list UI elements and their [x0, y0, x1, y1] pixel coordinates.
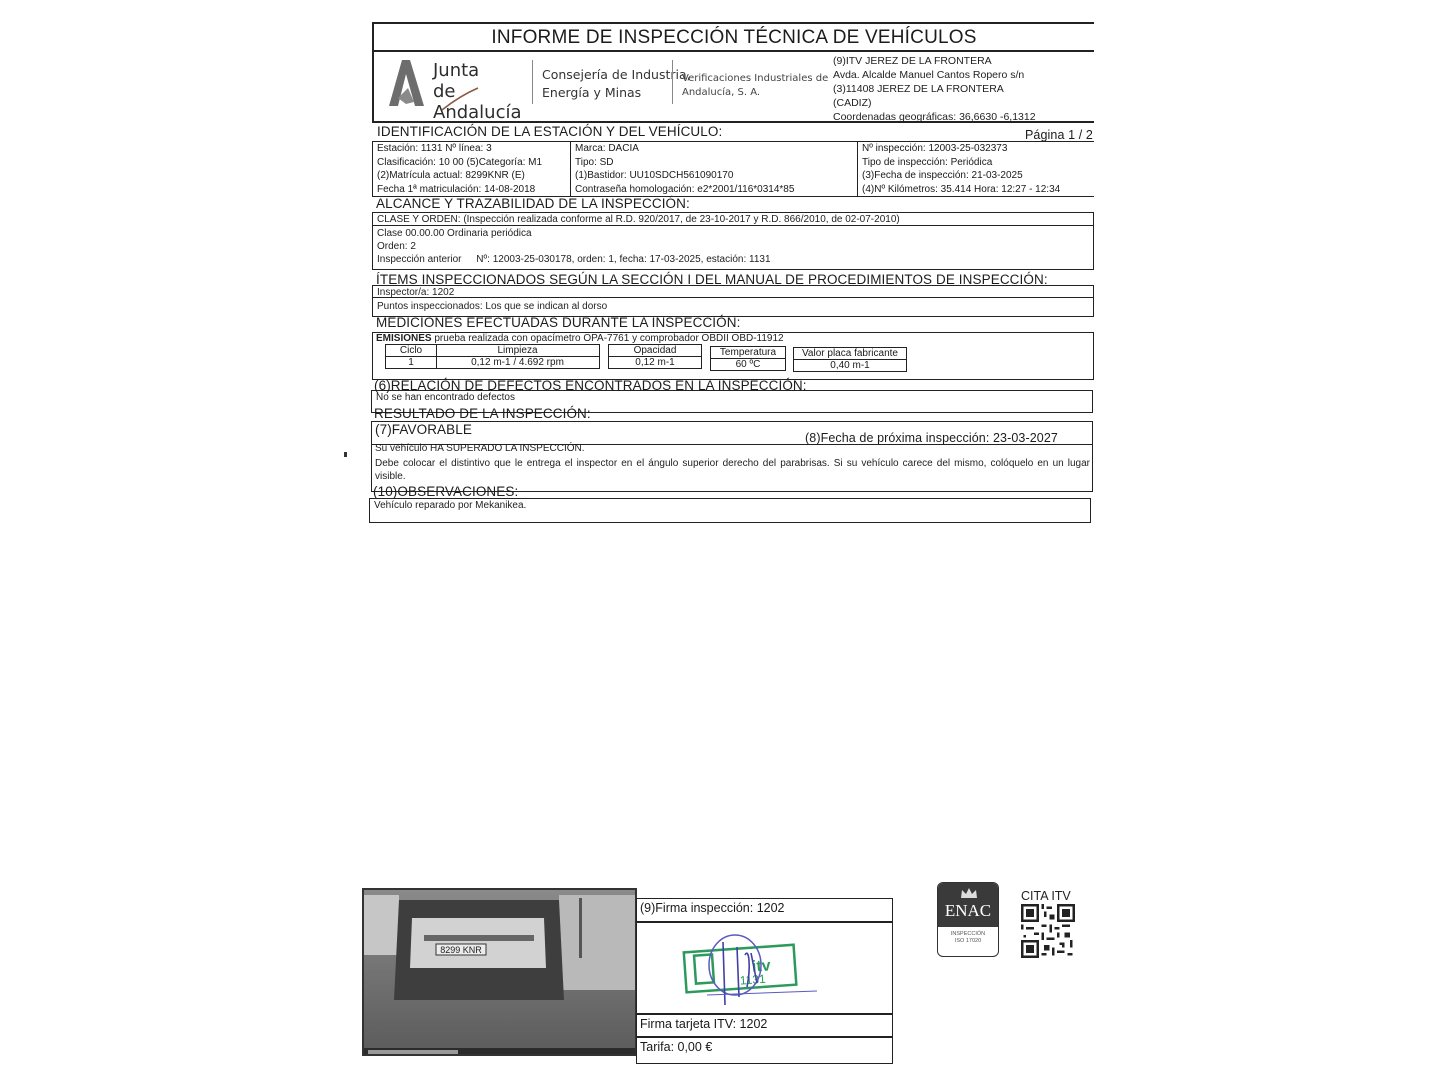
- enac-badge: ENAC INSPECCIÓN ISO 17020: [937, 882, 999, 957]
- divider: [532, 60, 533, 104]
- itv-stamp: itv 1131: [677, 927, 847, 1007]
- result-title: RESULTADO DE LA INSPECCIÓN:: [374, 406, 591, 421]
- result-line1: Su vehículo HA SUPERADO LA INSPECCIÓN.: [375, 442, 585, 455]
- page-indicator: Página 1 / 2: [1025, 128, 1093, 142]
- opacidad-table: Opacidad 0,12 m-1: [608, 344, 702, 369]
- orden-text: Orden: 2: [377, 240, 1089, 253]
- placa-header: Valor placa fabricante: [794, 348, 906, 360]
- limpieza-value: 0,12 m-1 / 4.692 rpm: [436, 357, 599, 369]
- result-box: (7)FAVORABLE (8)Fecha de próxima inspecc…: [371, 421, 1093, 492]
- placa-value: 0,40 m-1: [794, 360, 906, 372]
- enac-sub1: INSPECCIÓN: [938, 931, 998, 938]
- tarifa: Tarifa: 0,00 €: [640, 1040, 712, 1054]
- measurements-box: EMISIONES prueba realizada con opacímetr…: [372, 332, 1094, 380]
- identification-box: Estación: 1131 Nº línea: 3 Clasificación…: [372, 141, 1094, 197]
- result-line2: Debe colocar el distintivo que le entreg…: [375, 457, 1090, 483]
- clase-text: Clase 00.00.00 Ordinaria periódica: [377, 227, 1089, 240]
- temperatura-header: Temperatura: [711, 347, 785, 359]
- measurements-title: MEDICIONES EFECTUADAS DURANTE LA INSPECC…: [376, 315, 740, 330]
- signature-box: (9)Firma inspección: 1202 itv 1131 Firma…: [636, 898, 893, 1064]
- crown-icon: [959, 886, 979, 900]
- clase-orden-row: CLASE Y ORDEN: (Inspección realizada con…: [372, 212, 1094, 226]
- pen-mark-icon: [440, 86, 480, 112]
- verificaciones-label: Verificaciones Industriales de Andalucía…: [682, 72, 828, 100]
- emisiones-text: prueba realizada con opacímetro OPA-7761…: [434, 333, 783, 344]
- station-info-column: Estación: 1131 Nº línea: 3 Clasificación…: [373, 142, 570, 196]
- anterior-label: Inspección anterior: [377, 254, 462, 265]
- anterior-value: Nº: 12003-25-030178, orden: 1, fecha: 17…: [476, 254, 770, 265]
- document-title: INFORME DE INSPECCIÓN TÉCNICA DE VEHÍCUL…: [491, 27, 976, 48]
- ciclo-header: Ciclo: [386, 345, 436, 357]
- vehicle-info-column: Marca: DACIA Tipo: SD (1)Bastidor: UU10S…: [570, 142, 857, 196]
- puntos-row: Puntos inspeccionados: Los que se indica…: [372, 297, 1094, 317]
- ciclo-value: 1: [386, 357, 436, 369]
- limpieza-header: Limpieza: [436, 345, 599, 357]
- vehicle-rear-image: 8299 KNR: [364, 890, 637, 1056]
- next-inspection-date: (8)Fecha de próxima inspección: 23-03-20…: [805, 431, 1058, 445]
- observations-text: Vehículo reparado por Mekanikea.: [369, 498, 1091, 523]
- opacidad-value: 0,12 m-1: [609, 357, 701, 369]
- consejeria-label: Consejería de Industria, Energía y Minas: [542, 66, 691, 102]
- cita-itv-label: CITA ITV: [1021, 889, 1071, 903]
- document-title-box: INFORME DE INSPECCIÓN TÉCNICA DE VEHÍCUL…: [372, 22, 1094, 52]
- margin-mark: [344, 452, 347, 457]
- firma-tarjeta: Firma tarjeta ITV: 1202: [640, 1017, 767, 1031]
- junta-a-icon: [388, 58, 424, 106]
- scope-title: ALCANCE Y TRAZABILIDAD DE LA INSPECCIÓN:: [376, 196, 690, 211]
- svg-text:8299 KNR: 8299 KNR: [440, 945, 482, 955]
- placa-table: Valor placa fabricante 0,40 m-1: [793, 347, 907, 372]
- inspection-info-column: Nº inspección: 12003-25-032373 Tipo de i…: [857, 142, 1095, 196]
- qr-code-icon[interactable]: [1021, 904, 1075, 958]
- vehicle-photo: 8299 KNR: [362, 888, 637, 1056]
- temperatura-value: 60 ºC: [711, 359, 785, 371]
- station-address: (9)ITV JEREZ DE LA FRONTERA Avda. Alcald…: [833, 54, 1036, 124]
- header-box: Junta de Andalucía Consejería de Industr…: [372, 52, 1094, 123]
- divider: [672, 60, 673, 104]
- emisiones-label: EMISIONES: [376, 333, 432, 344]
- opacidad-header: Opacidad: [609, 345, 701, 357]
- logo-line1: Junta: [433, 60, 528, 81]
- scope-details: Clase 00.00.00 Ordinaria periódica Orden…: [372, 225, 1094, 270]
- temperatura-table: Temperatura 60 ºC: [710, 346, 786, 371]
- ciclo-limpieza-table: Ciclo Limpieza 1 0,12 m-1 / 4.692 rpm: [385, 344, 600, 369]
- identification-title: IDENTIFICACIÓN DE LA ESTACIÓN Y DEL VEHÍ…: [377, 124, 722, 139]
- observations-title: (10)OBSERVACIONES:: [373, 484, 518, 499]
- junta-andalucia-logo: Junta de Andalucía: [388, 58, 528, 110]
- enac-label: ENAC: [938, 901, 998, 921]
- firma-inspeccion: (9)Firma inspección: 1202: [640, 901, 785, 915]
- svg-text:1131: 1131: [739, 972, 766, 988]
- verdict: (7)FAVORABLE: [375, 422, 472, 437]
- enac-sub2: ISO 17020: [938, 938, 998, 945]
